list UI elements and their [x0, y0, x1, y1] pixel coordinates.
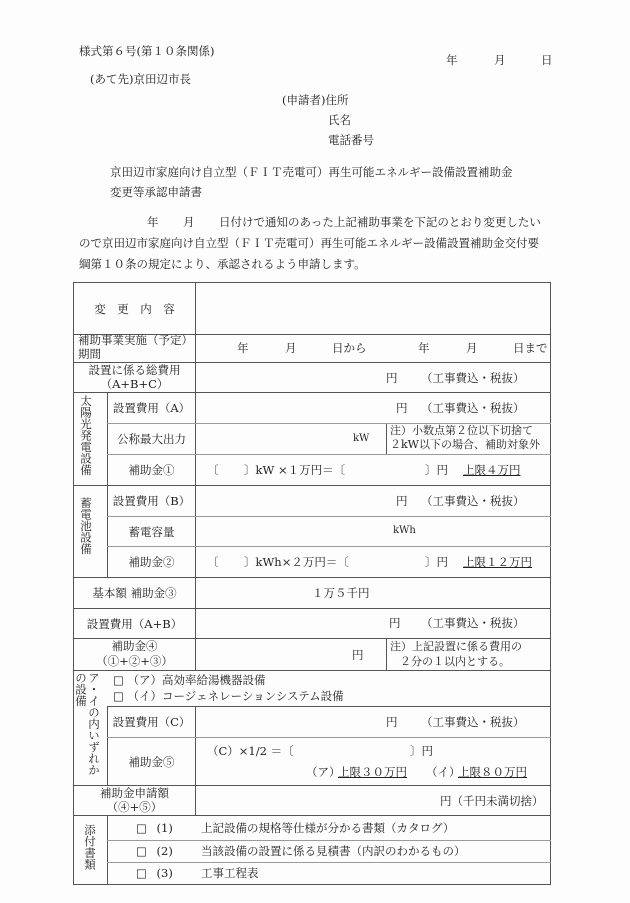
total-cost-label: 設置に係る総費用 （A+B+C）	[74, 363, 195, 391]
period-to-day: 日まで	[513, 341, 548, 355]
period-label: 補助事業実施（予定） 期間	[78, 334, 193, 361]
other-limit-a: 上限３０万円	[338, 765, 407, 779]
other-subsidy-formula: （C）×1/2 ＝〔	[207, 744, 294, 758]
attachment-number: (1)	[157, 821, 173, 835]
attachment-item-1[interactable]: □ (1)	[136, 821, 173, 835]
subsidy4-note-line1: 注）上記設置に係る費用の	[390, 639, 522, 654]
solar-subsidy-limit: 上限４万円	[463, 463, 521, 477]
subsidy4-label-line1: 補助金④	[74, 639, 195, 654]
subsidy4-note-line2: ２分の１以内とする。	[390, 654, 522, 669]
applicant-phone-label: 電話番号	[328, 133, 374, 147]
subsidy4-unit: 円	[352, 648, 364, 662]
battery-subsidy-label: 補助金②	[108, 547, 195, 577]
document-title-line2: 変更等承認申請書	[110, 185, 202, 199]
base-amount-label: 基本額 補助金③	[74, 578, 195, 608]
other-limit-a-prefix: （ア）	[306, 765, 341, 779]
period-label-line2: 期間	[78, 348, 193, 362]
total-cost-label-line2: （A+B+C）	[74, 377, 195, 391]
battery-subsidy-close: 〕円	[425, 555, 448, 569]
solar-subsidy-label: 補助金①	[108, 455, 195, 485]
applicant-name-label: 氏名	[328, 113, 351, 127]
battery-cost-note: （工事費込・税抜）	[421, 494, 525, 508]
checkbox-icon[interactable]: □	[136, 866, 147, 880]
battery-subsidy-open: 〔	[207, 555, 219, 569]
attachment-item-3[interactable]: □ (3)	[136, 866, 173, 880]
total-cost-unit: 円	[386, 371, 398, 385]
body-line3: 綱第１０条の規定により、承認されるよう申請します。	[79, 257, 366, 271]
period-label-line1: 補助事業実施（予定）	[78, 334, 193, 348]
other-section-label-right: ア・イの内いずれか	[88, 672, 100, 776]
other-subsidy-close: 〕円	[410, 744, 433, 758]
attachment-number: (3)	[157, 866, 173, 880]
attachment-text-3: 工事工程表	[201, 866, 259, 880]
date-month-label: 月	[494, 53, 506, 67]
solar-cost-note: （工事費込・税抜）	[421, 401, 525, 415]
attachment-number: (2)	[157, 844, 173, 858]
total-cost-label-line1: 設置に係る総費用	[74, 363, 195, 377]
solar-output-note: 注）小数点第２位以下切捨て ２kW以下の場合、補助対象外	[390, 424, 540, 452]
solar-subsidy-formula: 〕kW ×１万円＝〔	[244, 463, 345, 477]
checkbox-icon[interactable]: □	[113, 689, 124, 703]
other-cost-unit: 円	[386, 715, 398, 729]
period-from-year: 年	[237, 341, 249, 355]
period-to-month: 月	[466, 341, 478, 355]
other-section-label-left: の設備	[75, 672, 87, 707]
cost-ab-label: 設置費用（A+B）	[74, 609, 195, 638]
other-option-b-label: （イ）コージェネレーションシステム設備	[128, 689, 344, 703]
battery-cost-unit: 円	[396, 494, 408, 508]
request-amount-label: 補助金申請額 （④+⑤）	[74, 786, 195, 814]
subsidy4-label: 補助金④ （①+②+③）	[74, 639, 195, 669]
other-option-b[interactable]: □ （イ）コージェネレーションシステム設備	[113, 689, 344, 703]
other-subsidy-label: 補助金⑤	[108, 738, 195, 785]
request-amount-label-line2: （④+⑤）	[74, 800, 195, 814]
document-title-line1: 京田辺市家庭向け自立型（ＦＩＴ売電可）再生可能エネルギー設備設置補助金	[110, 165, 513, 179]
period-from-day: 日から	[332, 341, 367, 355]
other-cost-note: （工事費込・税抜）	[421, 715, 525, 729]
solar-output-unit: kW	[353, 432, 369, 446]
attachment-item-2[interactable]: □ (2)	[136, 844, 173, 858]
solar-subsidy-close: 〕円	[425, 463, 448, 477]
period-from-month: 月	[285, 341, 297, 355]
other-option-a-label: （ア）高効率給湯機器設備	[128, 673, 266, 687]
base-amount-value: １万５千円	[312, 586, 370, 600]
battery-capacity-unit: kWh	[393, 524, 416, 538]
addressee: (あて先)京田辺市長	[90, 72, 191, 86]
other-cost-label: 設置費用（C）	[108, 707, 195, 737]
change-content-field[interactable]	[196, 283, 550, 334]
battery-subsidy-limit: 上限１２万円	[463, 555, 532, 569]
solar-output-note-line2: ２kW以下の場合、補助対象外	[390, 438, 540, 452]
checkbox-icon[interactable]: □	[136, 821, 147, 835]
cost-ab-note: （工事費込・税抜）	[421, 616, 525, 630]
other-limit-b-prefix: （イ）	[426, 765, 461, 779]
other-option-a[interactable]: □ （ア）高効率給湯機器設備	[113, 673, 266, 687]
solar-output-note-line1: 注）小数点第２位以下切捨て	[390, 424, 540, 438]
request-amount-unit-note: 円（千円未満切捨）	[440, 794, 544, 808]
subsidy4-label-line2: （①+②+③）	[74, 654, 195, 669]
change-content-label: 変 更 内 容	[74, 283, 195, 334]
subsidy4-note: 注）上記設置に係る費用の ２分の１以内とする。	[390, 639, 522, 669]
other-limit-b: 上限８０万円	[458, 765, 527, 779]
body-year: 年	[147, 215, 159, 229]
form-number: 様式第６号(第１０条関係)	[79, 44, 214, 58]
date-day-label: 日	[541, 53, 553, 67]
date-year-label: 年	[446, 53, 458, 67]
attachment-text-2: 当該設備の設置に係る見積書（内訳のわかるもの）	[201, 844, 466, 858]
solar-cost-label: 設置費用（A）	[108, 393, 195, 423]
battery-cost-label: 設置費用（B）	[108, 486, 195, 516]
body-month: 月	[183, 215, 195, 229]
attachment-text-1: 上記設備の規格等仕様が分かる書類（カタログ）	[201, 821, 454, 835]
attachments-section-label: 添付書類	[83, 824, 96, 870]
solar-subsidy-open: 〔	[207, 463, 219, 477]
request-amount-label-line1: 補助金申請額	[74, 786, 195, 800]
solar-output-label: 公称最大出力	[108, 424, 195, 454]
battery-subsidy-formula: 〕kWh×２万円＝〔	[244, 555, 349, 569]
period-to-year: 年	[418, 341, 430, 355]
body-line1: 日付けで通知のあった上記補助事業を下記のとおり変更したい	[219, 215, 541, 229]
total-cost-note: （工事費込・税抜）	[421, 371, 525, 385]
solar-section-label: 太陽光発電設備	[79, 395, 92, 476]
battery-section-label: 蓄電池設備	[79, 497, 92, 555]
checkbox-icon[interactable]: □	[113, 673, 124, 687]
body-line2: ので京田辺市家庭向け自立型（ＦＩＴ売電可）再生可能エネルギー設備設置補助金交付要	[79, 236, 539, 250]
battery-capacity-label: 蓄電容量	[108, 517, 195, 546]
applicant-address-label: (申請者)住所	[282, 93, 348, 107]
cost-ab-unit: 円	[389, 616, 401, 630]
checkbox-icon[interactable]: □	[136, 844, 147, 858]
solar-cost-unit: 円	[396, 401, 408, 415]
